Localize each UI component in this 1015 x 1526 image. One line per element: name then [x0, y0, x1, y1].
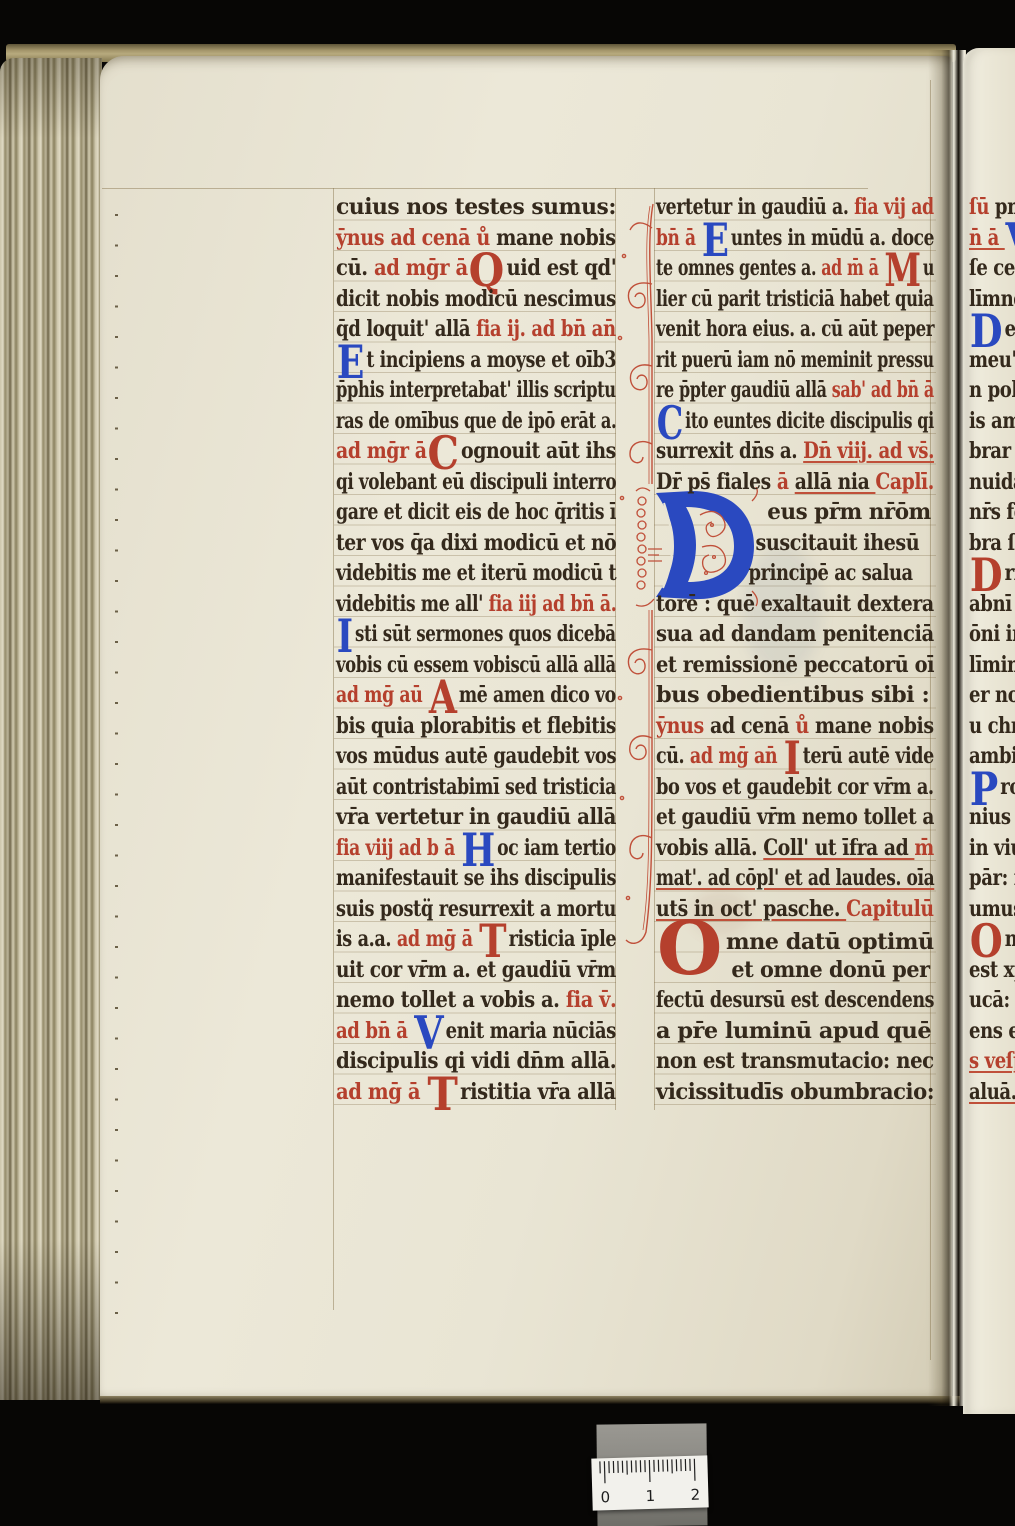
text-line: aluā. viij	[969, 1077, 1015, 1108]
text-segment: ad cenā	[710, 713, 795, 739]
text-segment: videbitis me all'	[336, 591, 489, 617]
text-segment: Coll' ut īfra ad	[763, 835, 914, 861]
text-segment: t incipiens a moyse et oīb3	[366, 347, 616, 373]
text-line: meu'	[969, 345, 1015, 376]
text-line: Omne datū optimū	[656, 924, 934, 955]
text-segment: n polume	[969, 377, 1015, 403]
text-line: pār: ſed n	[969, 863, 1015, 894]
text-segment: aūt contristabimī sed tristicia	[336, 774, 616, 800]
text-segment: ad mḡr ā	[336, 438, 427, 464]
scale-ruler: 0 1 2	[591, 1455, 708, 1510]
text-segment: uid est qd'	[506, 255, 616, 281]
text-segment: gare et dicit eis de hoc q̄ritis ī	[336, 499, 616, 525]
text-segment: nemo tollet a vobis a.	[336, 987, 566, 1013]
text-line: ucā: ſed crt	[969, 985, 1015, 1016]
text-line: ras de omībus que de ipō erāt a.	[336, 406, 616, 437]
text-segment: cuius nos testes sumus:	[336, 194, 616, 220]
text-segment: uit cor vr̄m a. et gaudiū vr̄m	[336, 957, 616, 983]
text-segment: est xps̄	[969, 957, 1015, 983]
text-segment: cū.	[336, 255, 374, 281]
text-line: ōni in ve	[969, 619, 1015, 650]
text-line: p̄phis interpretabat' illis scriptu	[336, 375, 616, 406]
text-line: fectū desursū est descendens	[656, 985, 934, 1016]
text-segment: brar qd'	[969, 438, 1015, 464]
text-line: et remissionē peccatorū oī	[656, 650, 934, 681]
text-line: ter vos q̄a dixi modicū et nō	[336, 528, 616, 559]
text-segment: nius	[969, 804, 1011, 830]
text-segment: mane nobis	[815, 713, 934, 739]
text-line: rit puerū iam nō meminit pressu	[656, 345, 934, 376]
text-line: cū. ad mḡ an̄ Iterū autē vide	[656, 741, 934, 772]
text-segment: ōni in ve	[969, 621, 1015, 647]
text-segment: lier cū parit tristiciā habet quia	[656, 286, 934, 312]
text-line: gare et dicit eis de hoc q̄ritis ī	[336, 497, 616, 528]
fore-edge-shading	[0, 58, 102, 1400]
text-line: is a.a. ad mḡ ā Tristicia īple	[336, 924, 616, 955]
text-segment: n̄ ā	[969, 225, 1005, 251]
text-segment: mē amen dico vo	[459, 682, 616, 708]
text-line: vobis cū essem vobiscū allā allā	[336, 650, 616, 681]
text-line: vos mūdus autē gaudebit vos	[336, 741, 616, 772]
text-line: s veſperis.	[969, 1046, 1015, 1077]
text-line: re p̄pter gaudiū allā sab' ad bn̄ ā	[656, 375, 934, 406]
text-segment: eus pr̄m nr̄ōm	[767, 499, 931, 525]
text-line: q̄d loquit' allā fia ij. ad bn̄ an̄	[336, 314, 616, 345]
text-line: Et incipiens a moyse et oīb3	[336, 345, 616, 376]
text-segment: Dr̄ ps̄ fiales	[656, 469, 777, 495]
text-line: uit cor vr̄m a. et gaudiū vr̄m	[336, 955, 616, 986]
text-segment: sua ad dandam penitenciā	[656, 621, 934, 647]
text-segment: fectū desursū est descendens	[656, 987, 934, 1013]
text-line: nemo tollet a vobis a. fia v̄.	[336, 985, 616, 1016]
text-line: is amarr	[969, 406, 1015, 437]
text-segment: manifestauit se ihs discipulis	[336, 865, 616, 891]
text-line: fia viij ad b ā Hoc iam tertio	[336, 833, 616, 864]
text-segment: ens er vir	[969, 1018, 1015, 1044]
text-segment: ito euntes dicite discipulis qi	[685, 408, 934, 434]
text-segment: et omne donū per	[731, 957, 929, 983]
next-page-text-column: ſū pmoñn̄ ā Vſe ced qulīmne īDeus qmeu'n…	[969, 192, 1015, 1122]
text-line: lier cū parit tristiciā habet quia	[656, 284, 934, 315]
text-segment: p̄phis interpretabat' illis scriptu	[336, 377, 616, 403]
right-text-column: vertetur in gaudiū a. fia vij adbn̄ ā Eu…	[656, 192, 936, 1122]
text-line: Isti sūt sermones quos dicebā	[336, 619, 616, 650]
text-line: vobis allā. Coll' ut īfra ad m̄	[656, 833, 934, 864]
text-line: te omnes gentes a. ad m̄ ā Mu	[656, 253, 934, 284]
text-segment: m̄	[914, 835, 933, 861]
text-line: Driud	[969, 558, 1015, 589]
text-line: principē ac salua	[656, 558, 913, 589]
text-segment: meu'	[969, 347, 1015, 373]
text-segment: fia iij ad bn̄ ā.	[489, 591, 617, 617]
text-line: mat'. ad cōpl' et ad laudes. oīa	[656, 863, 934, 894]
text-segment: discipulis qi vidi dn̄m allā.	[336, 1048, 616, 1074]
text-segment: mane nobis	[496, 225, 615, 251]
text-segment: ro de	[1000, 774, 1015, 800]
text-line: et omne donū per	[656, 955, 930, 986]
text-line: vicissitudīs obumbracio:	[656, 1077, 934, 1108]
text-segment: bo vos et gaudebit cor vr̄m a.	[656, 774, 934, 800]
text-segment: videbitis me et iterū modicū t	[336, 560, 616, 586]
text-segment: ȳnus	[656, 713, 710, 739]
text-line: et gaudiū vr̄m nemo tollet a	[656, 802, 934, 833]
text-line: ad mḡr āCognouit aūt ihs	[336, 436, 616, 467]
text-segment: sab' ad bn̄ ā	[832, 377, 934, 403]
text-line: bo vos et gaudebit cor vr̄m a.	[656, 772, 934, 803]
text-segment: u chm ſu	[969, 713, 1015, 739]
text-line: ſe ced qu	[969, 253, 1015, 284]
text-line: in viuīl	[969, 833, 1015, 864]
text-segment: ad m̄ ā	[821, 255, 883, 281]
text-segment: nuidane	[969, 469, 1015, 495]
ruler-label-0: 0	[597, 1488, 613, 1506]
text-segment: is a.a.	[336, 926, 397, 952]
text-line: abnī	[969, 589, 1012, 620]
text-line: Pro de	[969, 772, 1015, 803]
text-segment: fia ij. ad bn̄ an̄	[476, 316, 616, 342]
text-segment: surrexit dn̄s a.	[656, 438, 803, 464]
text-line: u chm ſu	[969, 711, 1015, 742]
text-line: ad bn̄ ā Venit maria nūciās	[336, 1016, 616, 1047]
text-segment: u	[923, 255, 934, 281]
text-line: Cito euntes dicite discipulis qi	[656, 406, 934, 437]
text-line: cū. ad mḡr āQuid est qd'	[336, 253, 616, 284]
ruler-label-2: 2	[687, 1486, 703, 1504]
text-segment: ad mḡ ā	[397, 926, 478, 952]
text-line: discipulis qi vidi dn̄m allā.	[336, 1046, 616, 1077]
text-line: brar qd'	[969, 436, 1015, 467]
text-segment: et remissionē peccatorū oī	[656, 652, 934, 678]
text-segment: ognouit aūt ihs	[461, 438, 616, 464]
text-segment: ras de omībus que de ipō erāt a.	[336, 408, 616, 434]
text-segment: ucā: ſed crt	[969, 987, 1015, 1013]
text-segment: vos mūdus autē gaudebit vos	[336, 743, 616, 769]
text-segment: ter vos q̄a dixi modicū et nō	[336, 530, 616, 556]
text-segment: mat'. ad cōpl' et ad laudes. oīa	[656, 865, 934, 891]
text-segment: torē : quē exaltauit dextera	[656, 591, 934, 617]
text-segment: s veſperis.	[969, 1048, 1015, 1074]
text-line: bus obedientibus sibi :	[656, 680, 929, 711]
text-segment: Dn̄ viij. ad vs̄.	[803, 438, 934, 464]
text-line: bis quia plorabitis et flebitis	[336, 711, 616, 742]
text-segment: risticia īple	[509, 926, 617, 952]
text-segment: ristitia vr̄a allā	[460, 1079, 615, 1105]
text-line: nuidane	[969, 467, 1015, 498]
text-segment: līminas	[969, 652, 1015, 678]
text-line: suis postq̈ resurrexit a mortu	[336, 894, 616, 925]
text-line: manifestauit se ihs discipulis	[336, 863, 616, 894]
text-line: n polume	[969, 375, 1015, 406]
text-segment: fia v̄.	[566, 987, 617, 1013]
text-line: Dr̄ ps̄ fiales ā allā nia Caplī.	[656, 467, 934, 498]
text-segment: bis quia plorabitis et flebitis	[336, 713, 616, 739]
text-segment: suscitauit ihesū	[755, 530, 919, 556]
text-line: a pr̄e luminū apud quē	[656, 1016, 931, 1047]
text-line: aūt contristabimī sed tristicia	[336, 772, 616, 803]
text-line: est xps̄	[969, 955, 1015, 986]
text-segment: vicissitudīs obumbracio:	[656, 1079, 934, 1105]
text-segment: is amarr	[969, 408, 1015, 434]
text-segment: principē ac salua	[749, 560, 913, 586]
text-segment: a pr̄e luminū apud quē	[656, 1018, 931, 1044]
text-segment: rit puerū iam nō meminit pressu	[656, 347, 934, 373]
text-line: nr̄s fore	[969, 497, 1015, 528]
text-line: Deus q	[969, 314, 1015, 345]
text-segment: riud	[1005, 560, 1015, 586]
text-line: sua ad dandam penitenciā	[656, 619, 934, 650]
text-segment: allā nia	[795, 469, 876, 495]
text-segment: mne datū optimū	[726, 929, 934, 955]
text-segment: qi volebant eū discipuli interro	[336, 469, 616, 495]
text-segment: in viuīl	[969, 835, 1015, 861]
text-line: videbitis me all' fia iij ad bn̄ ā.	[336, 589, 616, 620]
text-line: Onunſu	[969, 924, 1015, 955]
ruling-line-top	[102, 188, 868, 189]
text-segment: pār: ſed n	[969, 865, 1015, 891]
text-segment: vertetur in gaudiū a.	[656, 194, 854, 220]
text-line: līminas	[969, 650, 1015, 681]
text-segment: terū autē vide	[803, 743, 934, 769]
text-segment: bn̄ ā	[656, 225, 701, 251]
text-line: surrexit dn̄s a. Dn̄ viij. ad vs̄.	[656, 436, 934, 467]
text-segment: vobis cū essem vobiscū allā allā	[336, 652, 616, 678]
text-segment: et gaudiū vr̄m nemo tollet a	[656, 804, 934, 830]
text-segment: enit maria nūciās	[446, 1018, 616, 1044]
text-segment: fia viij ad b ā	[336, 835, 460, 861]
text-line: non est transmutacio: nec	[656, 1046, 934, 1077]
text-segment: non est transmutacio: nec	[656, 1048, 934, 1074]
text-segment: fia vij ad	[854, 194, 934, 220]
text-segment: cū.	[656, 743, 690, 769]
text-segment: ā	[777, 469, 795, 495]
pricking-holes	[115, 214, 118, 1340]
text-line: ad mḡ aū Amē amen dico vo	[336, 680, 616, 711]
left-text-column: cuius nos testes sumus:ȳnus ad cenā ů ma…	[336, 192, 618, 1122]
text-segment: ad mḡr ā	[374, 255, 468, 281]
text-segment: suis postq̈ resurrexit a mortu	[336, 896, 616, 922]
text-segment: ſe ced qu	[969, 255, 1015, 281]
text-line: torē : quē exaltauit dextera	[656, 589, 934, 620]
text-segment: er non c	[969, 682, 1015, 708]
text-segment: dicit nobis modicū nescimus	[336, 286, 616, 312]
text-segment: eus q	[1005, 316, 1015, 342]
text-segment: nunſu	[1005, 926, 1015, 952]
text-segment: nr̄s fore	[969, 499, 1015, 525]
text-line: eus pr̄m nr̄ōm	[656, 497, 931, 528]
text-segment: abnī	[969, 591, 1012, 617]
text-line: nius	[969, 802, 1011, 833]
text-line: cuius nos testes sumus:	[336, 192, 616, 223]
text-line: videbitis me et iterū modicū t	[336, 558, 616, 589]
text-segment: Capitulū	[846, 896, 934, 922]
next-page-sliver: ſū pmoñn̄ ā Vſe ced qulīmne īDeus qmeu'n…	[963, 48, 1015, 1414]
manuscript-photograph: ſū pmoñn̄ ā Vſe ced qulīmne īDeus qmeu'n…	[0, 0, 1015, 1526]
text-line: n̄ ā V	[969, 223, 1015, 254]
ruler-label-1: 1	[642, 1487, 658, 1505]
text-segment: ad mḡ ā	[336, 1079, 427, 1105]
text-segment: bus obedientibus sibi :	[656, 682, 929, 708]
text-line: er non c	[969, 680, 1015, 711]
text-segment: venit hora eius. a. cū aūt peper	[656, 316, 934, 342]
text-segment: Caplī.	[875, 469, 933, 495]
text-line: suscitauit ihesū	[656, 528, 919, 559]
text-segment: vobis allā.	[656, 835, 763, 861]
text-line: vertetur in gaudiū a. fia vij ad	[656, 192, 934, 223]
text-segment: ad mḡ aū	[336, 682, 428, 708]
text-line: ens er vir	[969, 1016, 1015, 1047]
text-segment: aluā. viij	[969, 1079, 1015, 1105]
text-segment: te omnes gentes a.	[656, 255, 821, 281]
text-segment: ſū	[969, 194, 995, 220]
text-line: venit hora eius. a. cū aūt peper	[656, 314, 934, 345]
text-line: ad mḡ ā Tristitia vr̄a allā	[336, 1077, 616, 1108]
text-segment: oc iam tertio	[497, 835, 616, 861]
text-segment: ad bn̄ ā	[336, 1018, 413, 1044]
text-segment: ad mḡ an̄	[690, 743, 783, 769]
book-bottom-edge	[100, 1396, 960, 1404]
text-line: dicit nobis modicū nescimus	[336, 284, 616, 315]
text-segment: sti sūt sermones quos dicebā	[355, 621, 616, 647]
text-line: qi volebant eū discipuli interro	[336, 467, 616, 498]
